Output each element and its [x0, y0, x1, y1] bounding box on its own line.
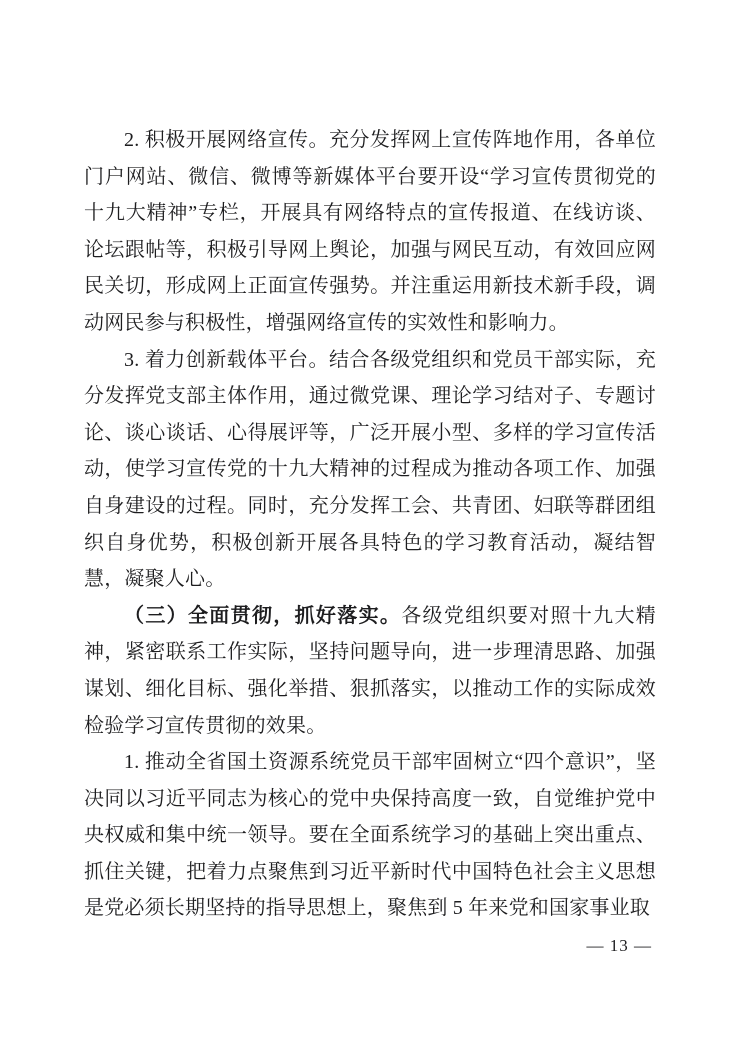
paragraph-four-consciousness: 1. 推动全省国土资源系统党员干部牢固树立“四个意识”，坚决同以习近平同志为核心… — [84, 744, 656, 927]
paragraph-network-publicity: 2. 积极开展网络宣传。充分发挥网上宣传阵地作用，各单位门户网站、微信、微博等新… — [84, 122, 656, 342]
paragraph-lead-heading: （三）全面贯彻，抓好落实。 — [124, 605, 401, 627]
document-body: 2. 积极开展网络宣传。充分发挥网上宣传阵地作用，各单位门户网站、微信、微博等新… — [84, 122, 656, 927]
document-page: 2. 积极开展网络宣传。充分发挥网上宣传阵地作用，各单位门户网站、微信、微博等新… — [0, 0, 736, 1044]
paragraph-carrier-platform: 3. 着力创新载体平台。结合各级党组织和党员干部实际，充分发挥党支部主体作用，通… — [84, 342, 656, 598]
page-number: — 13 — — [587, 936, 653, 956]
paragraph-implementation: （三）全面贯彻，抓好落实。各级党组织要对照十九大精神，紧密联系工作实际，坚持问题… — [84, 598, 656, 744]
